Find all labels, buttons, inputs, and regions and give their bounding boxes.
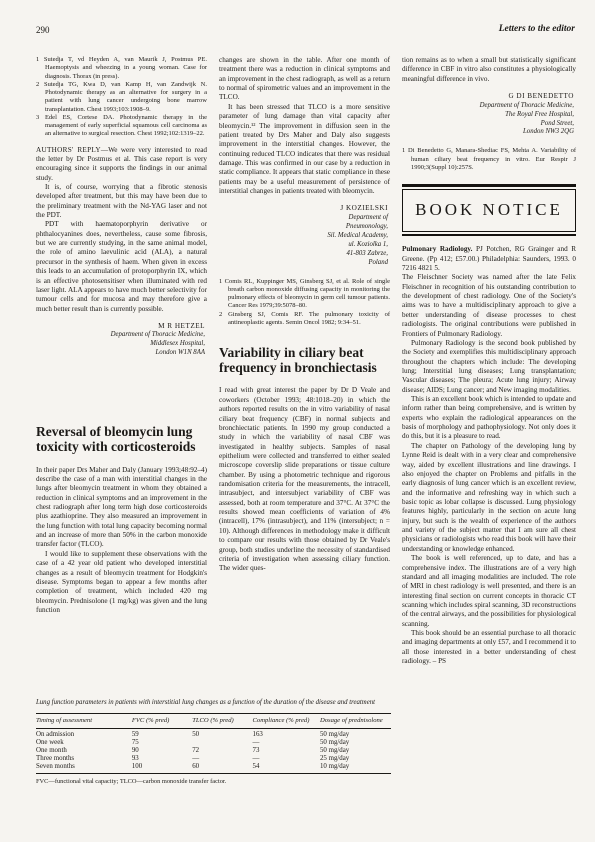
signature-affiliation: London W1N 8AA (36, 349, 205, 358)
table-header-row: Timing of assessment FVC (% pred) TLCO (… (36, 713, 391, 728)
table-cell: 90 (132, 746, 192, 754)
table-cell: — (192, 754, 252, 762)
table-footnote: FVC—functional vital capacity; TLCO—carb… (36, 778, 391, 785)
reference-item: 2 Ginsberg SJ, Comis RF. The pulmonary t… (219, 311, 390, 328)
table-row: One week 75 — 50 mg/day (36, 738, 391, 746)
table-row: Seven months 100 60 54 10 mg/day (36, 762, 391, 773)
letter-paragraph: I would like to supplement these observa… (36, 550, 207, 616)
signature-name: J KOZIELSKI (219, 204, 388, 214)
table-cell: 163 (253, 728, 320, 738)
notice-box: BOOK NOTICE (402, 189, 576, 232)
page-number: 290 (36, 25, 50, 35)
table-cell (192, 738, 252, 746)
signature-name: G DI BENEDETTO (402, 92, 574, 102)
signature-affiliation: Department of (219, 214, 388, 223)
signature-block-dibenedetto: G DI BENEDETTO Department of Thoracic Me… (402, 92, 574, 137)
column-header: Timing of assessment (36, 713, 132, 728)
table-cell: 50 mg/day (320, 746, 391, 754)
running-title: Letters to the editor (499, 24, 575, 34)
authors-reply-label: AUTHORS' REPLY (36, 146, 101, 154)
table-cell: Three months (36, 754, 132, 762)
book-notice-section: BOOK NOTICE (402, 184, 576, 236)
letter-paragraph: It is, of course, worrying that a fibrot… (36, 183, 207, 220)
review-paragraph: This is an excellent book which is inten… (402, 395, 576, 442)
table-cell: One month (36, 746, 132, 754)
reference-list-pdt-letter: 1 Sutedja T, vd Heyden A, van Maurik J, … (36, 56, 207, 139)
table-cell: 100 (132, 762, 192, 773)
signature-affiliation: Pond Street, (402, 120, 574, 129)
signature-affiliation: ul. Koziolka 1, (219, 241, 388, 250)
book-notice-title: BOOK NOTICE (415, 200, 563, 219)
signature-affiliation: Department of Thoracic Medicine, (36, 331, 205, 340)
lung-function-table: Timing of assessment FVC (% pred) TLCO (… (36, 713, 391, 774)
review-paragraph: This book should be an essential purchas… (402, 629, 576, 666)
notice-top-rule (402, 184, 576, 187)
table-cell: 54 (253, 762, 320, 773)
reference-list-ciliary-letter: 1 Di Benedetto G, Manara-Shediac FS, Meh… (402, 147, 576, 172)
table-cell: 93 (132, 754, 192, 762)
table-cell: Seven months (36, 762, 132, 773)
table-cell: 60 (192, 762, 252, 773)
table-row: On admission 59 50 163 50 mg/day (36, 728, 391, 738)
signature-block-kozielski: J KOZIELSKI Department of Pneumonology, … (219, 204, 388, 267)
letter-paragraph: changes are shown in the table. After on… (219, 56, 390, 103)
letter-heading-ciliary: Variability in ciliary beat frequency in… (219, 345, 390, 375)
table-cell: 50 mg/day (320, 728, 391, 738)
reference-item: 3 Edel ES, Cortese DA. Photodynamic ther… (36, 114, 207, 139)
table-cell: One week (36, 738, 132, 746)
journal-page: 290 Letters to the editor 1 Sutedja T, v… (0, 0, 595, 842)
table-cell: — (253, 754, 320, 762)
book-title: Pulmonary Radiology. (402, 245, 472, 253)
signature-affiliation: London NW3 2QG (402, 128, 574, 137)
letter-paragraph: In their paper Drs Maher and Daly (Janua… (36, 466, 207, 550)
table-cell: 73 (253, 746, 320, 754)
letter-paragraph: It has been stressed that TLCO is a more… (219, 103, 390, 197)
table-row: Three months 93 — — 25 mg/day (36, 754, 391, 762)
reference-item: 1 Di Benedetto G, Manara-Shediac FS, Meh… (402, 147, 576, 172)
table-cell: 50 mg/day (320, 738, 391, 746)
table-cell: — (253, 738, 320, 746)
review-paragraph: The Fleischner Society was named after t… (402, 273, 576, 339)
table-cell: 10 mg/day (320, 762, 391, 773)
column-2: changes are shown in the table. After on… (219, 56, 390, 574)
table-cell: 72 (192, 746, 252, 754)
signature-affiliation: Sil. Medical Academy, (219, 232, 388, 241)
signature-affiliation: 41-803 Zabrze, (219, 250, 388, 259)
letter-paragraph: PDT with haematoporphyrin derivative or … (36, 220, 207, 314)
review-paragraph: The chapter on Pathology of the developi… (402, 442, 576, 554)
reference-item: 1 Comis RL, Kuppinger MS, Ginsberg SJ, e… (219, 278, 390, 311)
notice-bottom-rule (402, 234, 576, 237)
letter-heading-bleomycin: Reversal of bleomycin lung toxicity with… (36, 424, 207, 454)
column-header: Dosage of prednisolone (320, 713, 391, 728)
reference-item: 1 Sutedja T, vd Heyden A, van Maurik J, … (36, 56, 207, 81)
reference-list-bleomycin-letter: 1 Comis RL, Kuppinger MS, Ginsberg SJ, e… (219, 278, 390, 328)
signature-affiliation: Poland (219, 259, 388, 268)
reference-item: 2 Sutedja TG, Kwa D, van Kamp H, van Zan… (36, 81, 207, 114)
signature-block-hetzel: M R HETZEL Department of Thoracic Medici… (36, 322, 205, 358)
signature-affiliation: The Royal Free Hospital, (402, 111, 574, 120)
signature-name: M R HETZEL (36, 322, 205, 332)
letter-paragraph: tion remains as to when a small but stat… (402, 56, 576, 84)
review-paragraph: The book is well referenced, up to date,… (402, 554, 576, 629)
table-cell: On admission (36, 728, 132, 738)
lung-function-table-section: Lung function parameters in patients wit… (36, 699, 391, 791)
table-cell: 75 (132, 738, 192, 746)
column-1: 1 Sutedja T, vd Heyden A, van Maurik J, … (36, 56, 207, 615)
column-header: TLCO (% pred) (192, 713, 252, 728)
review-paragraph: Pulmonary Radiology is the second book p… (402, 339, 576, 395)
letter-paragraph: I read with great interest the paper by … (219, 386, 390, 573)
table-cell: 25 mg/day (320, 754, 391, 762)
column-3: tion remains as to when a small but stat… (402, 56, 576, 666)
table-cell: 59 (132, 728, 192, 738)
column-header: Compliance (% pred) (253, 713, 320, 728)
signature-affiliation: Department of Thoracic Medicine, (402, 102, 574, 111)
book-citation: Pulmonary Radiology. PJ Potchen, RG Grai… (402, 245, 576, 273)
signature-affiliation: Middlesex Hospital, (36, 340, 205, 349)
table-row: One month 90 72 73 50 mg/day (36, 746, 391, 754)
authors-reply-paragraph: AUTHORS' REPLY—We were very interested t… (36, 146, 207, 183)
table-cell: 50 (192, 728, 252, 738)
signature-affiliation: Pneumonology, (219, 223, 388, 232)
table-caption: Lung function parameters in patients wit… (36, 699, 391, 708)
column-header: FVC (% pred) (132, 713, 192, 728)
